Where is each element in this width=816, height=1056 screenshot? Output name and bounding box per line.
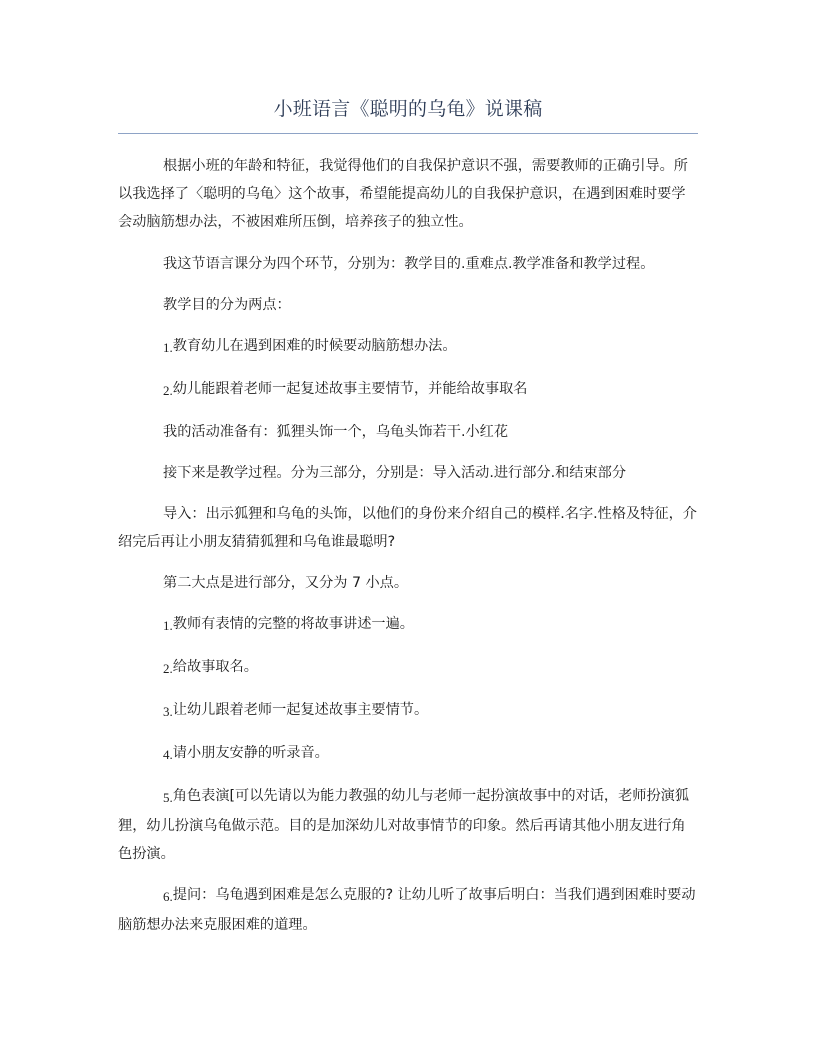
- paragraph-goal-1: 1.教育幼儿在遇到困难的时候要动脑筋想办法。: [118, 332, 698, 362]
- paragraph-intro: 根据小班的年龄和特征，我觉得他们的自我保护意识不强，需要教师的正确引导。所以我选…: [118, 152, 698, 236]
- list-number: 5.: [163, 790, 173, 805]
- paragraph-preparation: 我的活动准备有：狐狸头饰一个，乌龟头饰若干.小红花: [118, 418, 698, 446]
- paragraph-step-3: 3.让幼儿跟着老师一起复述故事主要情节。: [118, 696, 698, 726]
- list-text: 提问：乌龟遇到困难是怎么克服的? 让幼儿听了故事后明白：当我们遇到困难时要动脑筋…: [118, 887, 696, 933]
- list-number: 3.: [163, 704, 173, 719]
- list-text: 幼儿能跟着老师一起复述故事主要情节，并能给故事取名: [173, 381, 528, 397]
- paragraph-lead-in: 导入：出示狐狸和乌龟的头饰，以他们的身份来介绍自己的模样.名字.性格及特征，介绍…: [118, 500, 698, 556]
- paragraph-goals-heading: 教学目的分为两点：: [118, 291, 698, 319]
- list-text: 角色表演[可以先请以为能力教强的幼儿与老师一起扮演故事中的对话，老师扮演狐狸，幼…: [118, 788, 689, 862]
- list-number: 2.: [163, 661, 173, 676]
- document-title: 小班语言《聪明的乌龟》说课稿: [118, 96, 698, 122]
- paragraph-goal-2: 2.幼儿能跟着老师一起复述故事主要情节，并能给故事取名: [118, 375, 698, 405]
- paragraph-step-4: 4.请小朋友安静的听录音。: [118, 739, 698, 769]
- paragraph-step-2: 2.给故事取名。: [118, 653, 698, 683]
- list-text: 教师有表情的完整的将故事讲述一遍。: [173, 616, 414, 632]
- list-number: 1.: [163, 618, 173, 633]
- paragraph-process: 接下来是教学过程。分为三部分，分别是：导入活动.进行部分.和结束部分: [118, 459, 698, 487]
- list-text: 教育幼儿在遇到困难的时候要动脑筋想办法。: [173, 338, 457, 354]
- paragraph-sections: 我这节语言课分为四个环节，分别为：教学目的.重难点.教学准备和教学过程。: [118, 250, 698, 278]
- title-divider: [118, 133, 698, 134]
- list-number: 6.: [163, 889, 173, 904]
- list-text: 让幼儿跟着老师一起复述故事主要情节。: [173, 702, 428, 718]
- paragraph-step-5: 5.角色表演[可以先请以为能力教强的幼儿与老师一起扮演故事中的对话，老师扮演狐狸…: [118, 782, 698, 868]
- list-number: 4.: [163, 747, 173, 762]
- paragraph-step-1: 1.教师有表情的完整的将故事讲述一遍。: [118, 610, 698, 640]
- document-page: 小班语言《聪明的乌龟》说课稿 根据小班的年龄和特征，我觉得他们的自我保护意识不强…: [0, 0, 816, 1056]
- list-text: 给故事取名。: [173, 659, 258, 675]
- list-number: 2.: [163, 383, 173, 398]
- paragraph-part-two: 第二大点是进行部分，又分为 7 小点。: [118, 569, 698, 597]
- paragraph-step-6: 6.提问：乌龟遇到困难是怎么克服的? 让幼儿听了故事后明白：当我们遇到困难时要动…: [118, 881, 698, 939]
- list-number: 1.: [163, 340, 173, 355]
- document-body: 根据小班的年龄和特征，我觉得他们的自我保护意识不强，需要教师的正确引导。所以我选…: [118, 152, 698, 939]
- list-text: 请小朋友安静的听录音。: [173, 745, 329, 761]
